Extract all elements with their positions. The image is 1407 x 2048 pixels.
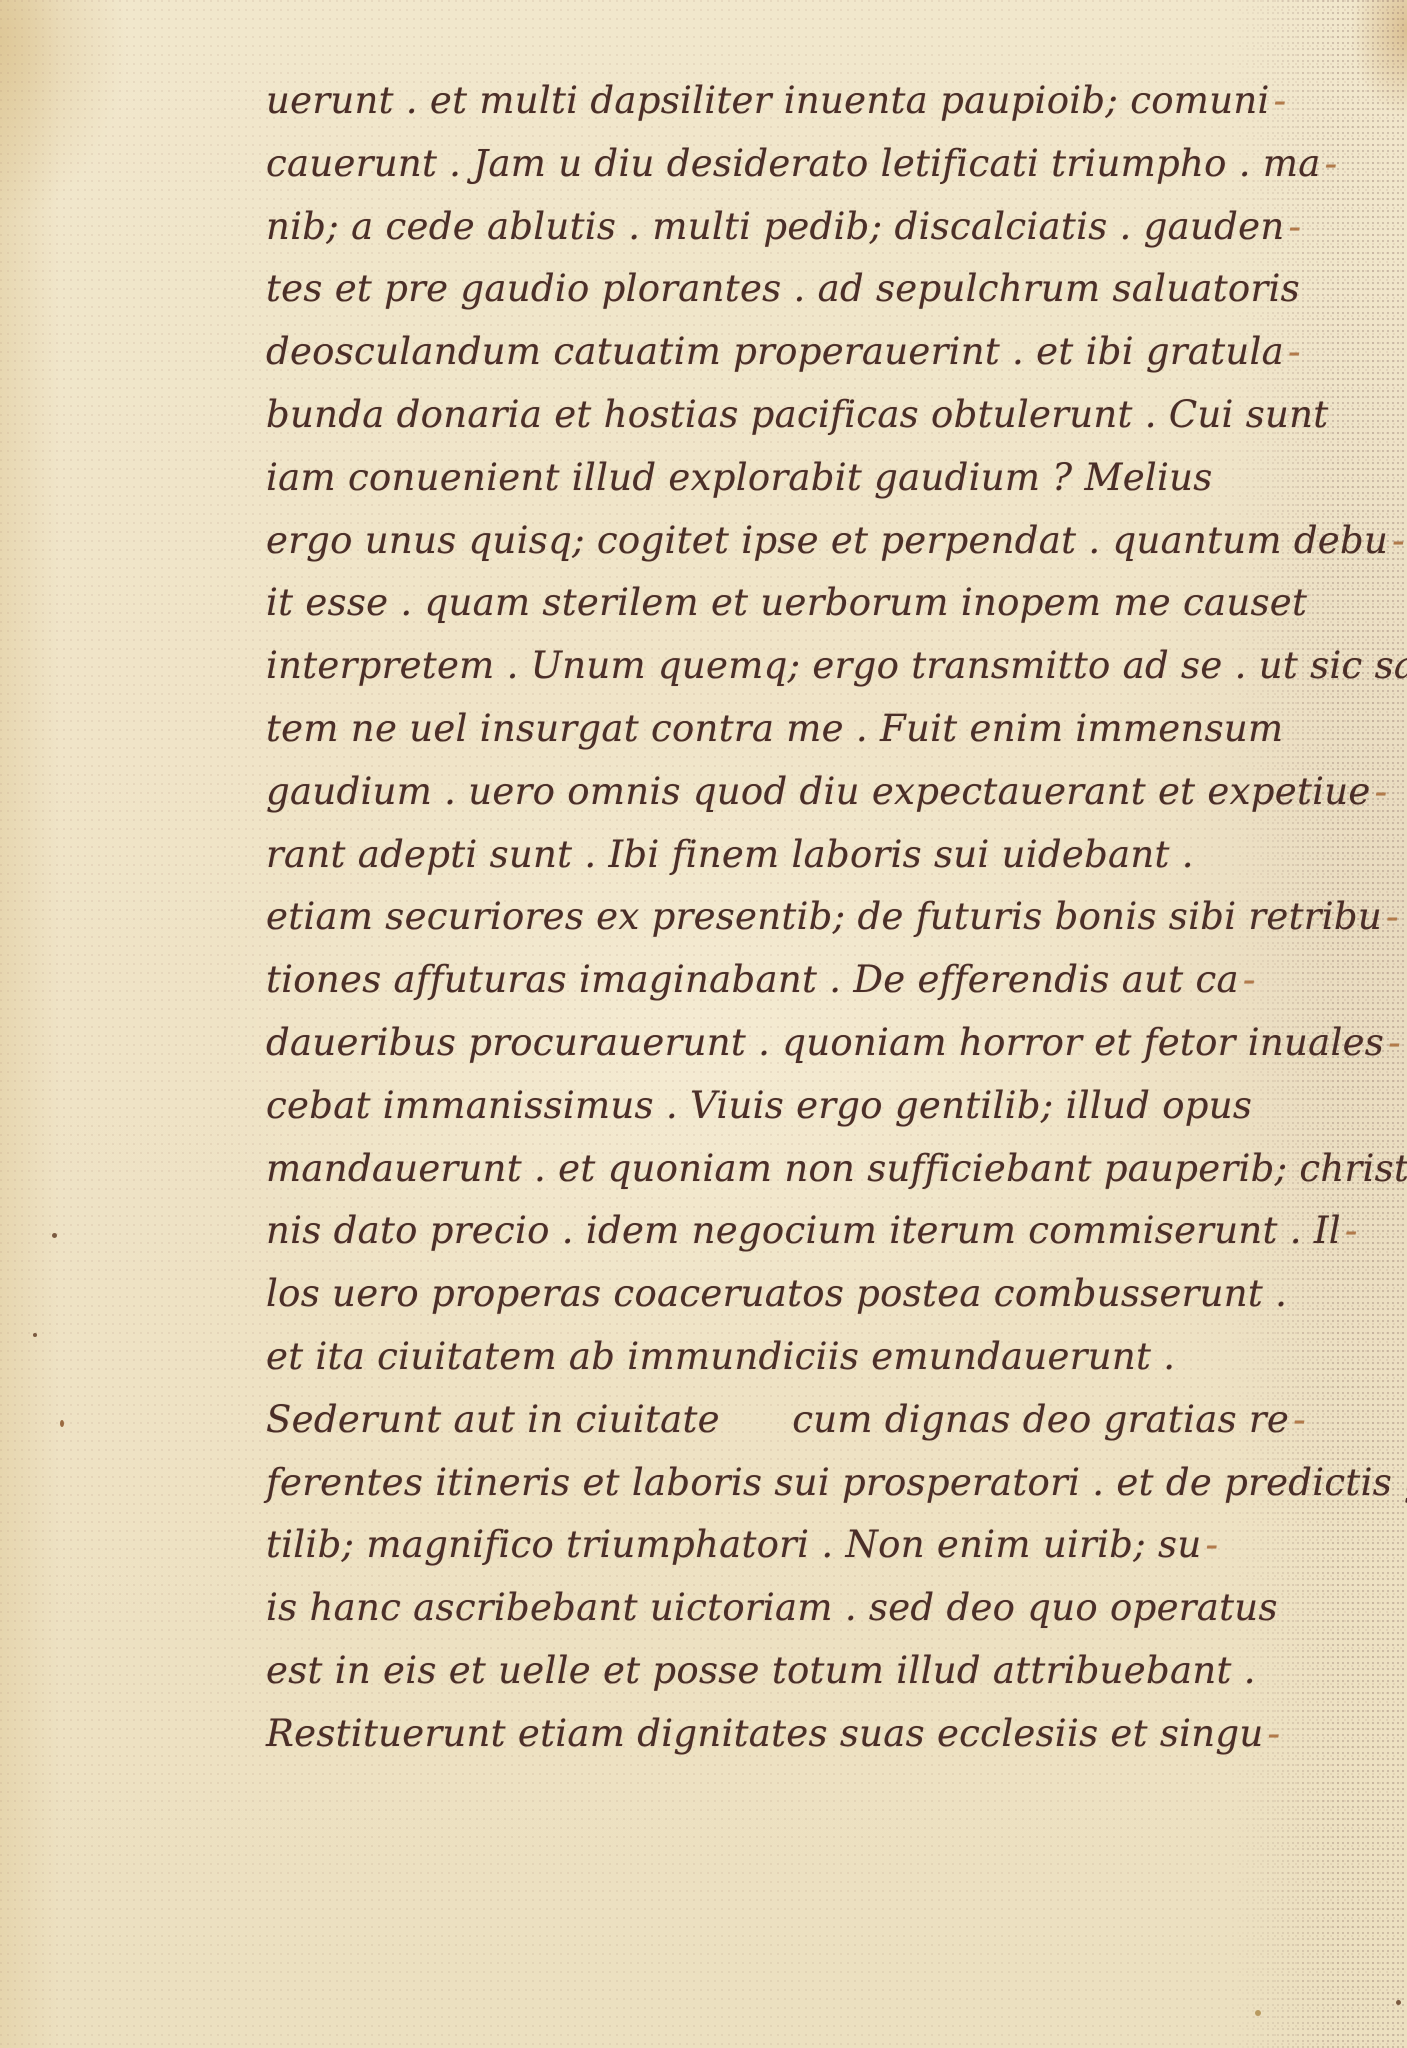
line-text: cauerunt . Jam u diu desiderato letifica… [266, 142, 1321, 185]
text-line: nib; a cede ablutis . multi pedib; disca… [266, 196, 1276, 259]
text-line: nis dato precio . idem negocium iterum c… [266, 1200, 1276, 1263]
text-line: is hanc ascribebant uictoriam . sed deo … [266, 1577, 1276, 1640]
line-hyphen: - [1274, 79, 1287, 122]
ink-spot [60, 1420, 64, 1427]
line-text: cebat immanissimus . Viuis ergo gentilib… [266, 1084, 1252, 1127]
line-text: deosculandum catuatim properauerint . et… [266, 330, 1284, 373]
line-hyphen: - [1205, 1523, 1218, 1566]
text-line: ferentes itineris et laboris sui prosper… [266, 1452, 1276, 1515]
text-line: etiam securiores ex presentib; de futuri… [266, 886, 1276, 949]
line-text: est in eis et uelle et posse totum illud… [266, 1649, 1256, 1692]
text-line: tem ne uel insurgat contra me . Fuit eni… [266, 698, 1276, 761]
line-hyphen: - [1293, 1398, 1306, 1441]
text-column: uerunt . et multi dapsiliter inuenta pau… [266, 70, 1276, 1766]
text-line: daueribus procurauerunt . quoniam horror… [266, 1012, 1276, 1075]
text-line: gaudium . uero omnis quod diu expectauer… [266, 761, 1276, 824]
line-text: tem ne uel insurgat contra me . Fuit eni… [266, 707, 1283, 750]
line-hyphen: - [1392, 519, 1405, 562]
text-line: interpretem . Unum quemq; ergo transmitt… [266, 635, 1276, 698]
line-hyphen: - [1288, 205, 1301, 248]
text-line: Sederunt aut in ciuitate cum dignas deo … [266, 1389, 1276, 1452]
text-line: iam conuenient illud explorabit gaudium … [266, 447, 1276, 510]
line-text: rant adepti sunt . Ibi finem laboris sui… [266, 833, 1194, 876]
line-text: nib; a cede ablutis . multi pedib; disca… [266, 205, 1284, 248]
line-text: uerunt . et multi dapsiliter inuenta pau… [266, 79, 1270, 122]
ink-spot [1255, 2010, 1261, 2016]
text-line: Restituerunt etiam dignitates suas eccle… [266, 1703, 1276, 1766]
line-text: ergo unus quisq; cogitet ipse et perpend… [266, 519, 1388, 562]
line-hyphen: - [1375, 770, 1388, 813]
line-text: is hanc ascribebant uictoriam . sed deo … [266, 1586, 1278, 1629]
line-text: bunda donaria et hostias pacificas obtul… [266, 393, 1328, 436]
line-text: tes et pre gaudio plorantes . ad sepulch… [266, 267, 1300, 310]
line-text: daueribus procurauerunt . quoniam horror… [266, 1021, 1384, 1064]
line-hyphen: - [1268, 1712, 1281, 1755]
line-hyphen: - [1388, 1021, 1401, 1064]
text-line: uerunt . et multi dapsiliter inuenta pau… [266, 70, 1276, 133]
line-text: gaudium . uero omnis quod diu expectauer… [266, 770, 1371, 813]
text-line: deosculandum catuatim properauerint . et… [266, 321, 1276, 384]
text-line: cauerunt . Jam u diu desiderato letifica… [266, 133, 1276, 196]
line-text: tilib; magnifico triumphatori . Non enim… [266, 1523, 1201, 1566]
text-line: tiones affuturas imaginabant . De effere… [266, 949, 1276, 1012]
line-text: tiones affuturas imaginabant . De effere… [266, 958, 1239, 1001]
line-text: ferentes itineris et laboris sui prosper… [266, 1461, 1407, 1504]
line-hyphen: - [1386, 895, 1399, 938]
text-line: tes et pre gaudio plorantes . ad sepulch… [266, 258, 1276, 321]
ink-spot [52, 1233, 57, 1238]
line-text: interpretem . Unum quemq; ergo transmitt… [266, 644, 1407, 687]
ink-spot [1396, 2000, 1401, 2005]
line-text: etiam securiores ex presentib; de futuri… [266, 895, 1382, 938]
ink-spot [33, 1333, 37, 1337]
text-line: tilib; magnifico triumphatori . Non enim… [266, 1514, 1276, 1577]
line-hyphen: - [1288, 330, 1301, 373]
line-text: mandauerunt . et quoniam non sufficieban… [266, 1147, 1407, 1190]
text-line: it esse . quam sterilem et uerborum inop… [266, 572, 1276, 635]
text-line: et ita ciuitatem ab immundiciis emundaue… [266, 1326, 1276, 1389]
line-text: iam conuenient illud explorabit gaudium … [266, 456, 1213, 499]
line-text: nis dato precio . idem negocium iterum c… [266, 1209, 1341, 1252]
text-line: rant adepti sunt . Ibi finem laboris sui… [266, 824, 1276, 887]
manuscript-page: uerunt . et multi dapsiliter inuenta pau… [0, 0, 1407, 2048]
text-line: est in eis et uelle et posse totum illud… [266, 1640, 1276, 1703]
line-hyphen: - [1345, 1209, 1358, 1252]
line-text: los uero properas coaceruatos postea com… [266, 1272, 1287, 1315]
line-text: Restituerunt etiam dignitates suas eccle… [266, 1712, 1264, 1755]
line-text: it esse . quam sterilem et uerborum inop… [266, 581, 1307, 624]
text-line: cebat immanissimus . Viuis ergo gentilib… [266, 1075, 1276, 1138]
text-line: bunda donaria et hostias pacificas obtul… [266, 384, 1276, 447]
line-text: et ita ciuitatem ab immundiciis emundaue… [266, 1335, 1175, 1378]
line-hyphen: - [1325, 142, 1338, 185]
text-line: mandauerunt . et quoniam non sufficieban… [266, 1138, 1276, 1201]
text-line: ergo unus quisq; cogitet ipse et perpend… [266, 510, 1276, 573]
text-line: los uero properas coaceruatos postea com… [266, 1263, 1276, 1326]
line-hyphen: - [1243, 958, 1256, 1001]
line-text: Sederunt aut in ciuitate cum dignas deo … [266, 1398, 1289, 1441]
